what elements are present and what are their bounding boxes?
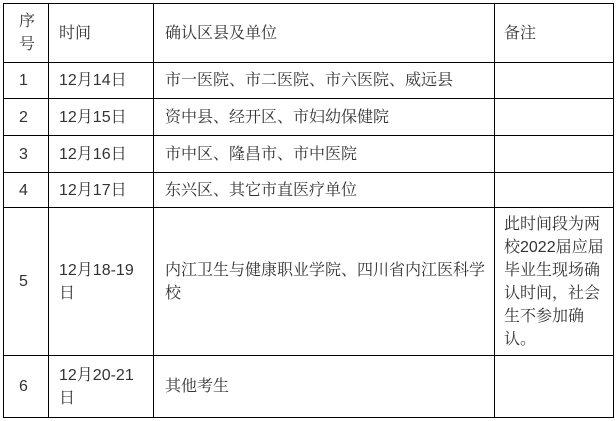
column-header-time: 时间 (49, 4, 154, 63)
cell-time: 12月16日 (49, 136, 154, 173)
cell-index: 2 (4, 99, 49, 136)
cell-units: 市中区、隆昌市、市中医院 (154, 136, 495, 173)
cell-time: 12月20-21日 (49, 356, 154, 418)
cell-units: 东兴区、其它市直医疗单位 (154, 173, 495, 208)
document-page: 序号 时间 确认区县及单位 备注 1 12月14日 市一医院、市二医院、市六医院… (0, 0, 616, 421)
cell-index: 4 (4, 173, 49, 208)
table-row: 2 12月15日 资中县、经开区、市妇幼保健院 (4, 99, 614, 136)
cell-time: 12月15日 (49, 99, 154, 136)
cell-time: 12月18-19日 (49, 208, 154, 356)
table-row: 1 12月14日 市一医院、市二医院、市六医院、威远县 (4, 63, 614, 99)
header-row: 序号 时间 确认区县及单位 备注 (4, 4, 614, 63)
cell-index: 1 (4, 63, 49, 99)
table-row: 6 12月20-21日 其他考生 (4, 356, 614, 418)
cell-index: 6 (4, 356, 49, 418)
table-row: 3 12月16日 市中区、隆昌市、市中医院 (4, 136, 614, 173)
cell-note: 此时间段为两校2022届应届毕业生现场确认时间，社会生不参加确认。 (495, 208, 614, 356)
cell-units: 市一医院、市二医院、市六医院、威远县 (154, 63, 495, 99)
cell-note (495, 173, 614, 208)
cell-note (495, 136, 614, 173)
cell-time: 12月14日 (49, 63, 154, 99)
cell-units: 内江卫生与健康职业学院、四川省内江医科学校 (154, 208, 495, 356)
table-row: 4 12月17日 东兴区、其它市直医疗单位 (4, 173, 614, 208)
cell-units: 其他考生 (154, 356, 495, 418)
table-row: 5 12月18-19日 内江卫生与健康职业学院、四川省内江医科学校 此时间段为两… (4, 208, 614, 356)
cell-index: 5 (4, 208, 49, 356)
cell-time: 12月17日 (49, 173, 154, 208)
confirmation-schedule-table: 序号 时间 确认区县及单位 备注 1 12月14日 市一医院、市二医院、市六医院… (3, 3, 614, 418)
column-header-units: 确认区县及单位 (154, 4, 495, 63)
cell-index: 3 (4, 136, 49, 173)
cell-note (495, 99, 614, 136)
column-header-index: 序号 (4, 4, 49, 63)
cell-note (495, 63, 614, 99)
column-header-note: 备注 (495, 4, 614, 63)
table-header: 序号 时间 确认区县及单位 备注 (4, 4, 614, 63)
table-body: 1 12月14日 市一医院、市二医院、市六医院、威远县 2 12月15日 资中县… (4, 63, 614, 418)
cell-note (495, 356, 614, 418)
cell-units: 资中县、经开区、市妇幼保健院 (154, 99, 495, 136)
